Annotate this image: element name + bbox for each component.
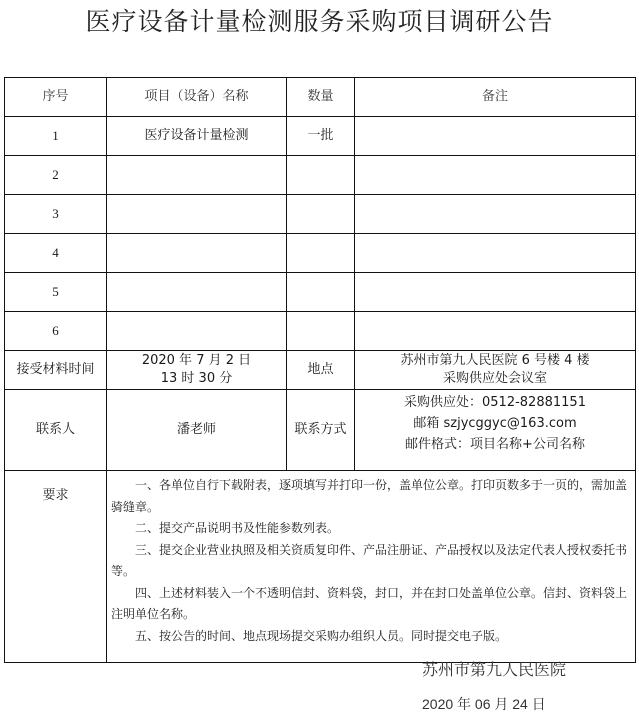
row-item-name: 医疗设备计量检测	[107, 117, 287, 156]
page-title: 医疗设备计量检测服务采购项目调研公告	[0, 2, 639, 38]
submission-time-value: 2020 年 7 月 2 日 13 时 30 分	[107, 351, 287, 390]
row-quantity: 一批	[287, 117, 355, 156]
row-item-name	[107, 234, 287, 273]
table-row: 2	[5, 156, 636, 195]
row-notes	[355, 156, 636, 195]
requirement-item: 五、按公告的时间、地点现场提交采购办组织人员。同时提交电子版。	[111, 626, 629, 648]
contact-row: 联系人 潘老师 联系方式 采购供应处：0512-82881151 邮箱 szjy…	[5, 390, 636, 471]
survey-table: 序号 项目（设备）名称 数量 备注 1 医疗设备计量检测 一批 2 3 4 5 …	[4, 77, 636, 663]
row-item-name	[107, 195, 287, 234]
requirement-item: 三、提交企业营业执照及相关资质复印件、产品注册证、产品授权以及法定代表人授权委托…	[111, 540, 629, 583]
table-row: 3	[5, 195, 636, 234]
header-quantity: 数量	[287, 78, 355, 117]
row-quantity	[287, 234, 355, 273]
header-notes: 备注	[355, 78, 636, 117]
header-item-name: 项目（设备）名称	[107, 78, 287, 117]
row-serial: 4	[5, 234, 107, 273]
row-notes	[355, 273, 636, 312]
row-serial: 3	[5, 195, 107, 234]
location-line-1: 苏州市第九人民医院 6 号楼 4 楼	[355, 352, 635, 370]
row-quantity	[287, 273, 355, 312]
contact-method-label: 联系方式	[287, 390, 355, 471]
row-serial: 5	[5, 273, 107, 312]
table-row: 5	[5, 273, 636, 312]
row-item-name	[107, 312, 287, 351]
contact-person-label: 联系人	[5, 390, 107, 471]
row-item-name	[107, 156, 287, 195]
row-quantity	[287, 156, 355, 195]
contact-method-value: 采购供应处：0512-82881151 邮箱 szjycggyc@163.com…	[355, 390, 636, 471]
signature-organization: 苏州市第九人民医院	[422, 657, 566, 680]
requirements-content: 一、各单位自行下载附表，逐项填写并打印一份，盖单位公章。打印页数多于一页的，需加…	[107, 471, 636, 663]
row-quantity	[287, 195, 355, 234]
row-item-name	[107, 273, 287, 312]
requirement-item: 一、各单位自行下载附表，逐项填写并打印一份，盖单位公章。打印页数多于一页的，需加…	[111, 475, 629, 518]
submission-date: 2020 年 7 月 2 日	[107, 352, 286, 370]
row-notes	[355, 312, 636, 351]
requirement-item: 二、提交产品说明书及性能参数列表。	[111, 518, 629, 540]
contact-phone: 采购供应处：0512-82881151	[355, 392, 635, 413]
contact-person-value: 潘老师	[107, 390, 287, 471]
table-header-row: 序号 项目（设备）名称 数量 备注	[5, 78, 636, 117]
submission-row: 接受材料时间 2020 年 7 月 2 日 13 时 30 分 地点 苏州市第九…	[5, 351, 636, 390]
table-row: 1 医疗设备计量检测 一批	[5, 117, 636, 156]
table-row: 4	[5, 234, 636, 273]
requirements-label: 要求	[5, 471, 107, 663]
row-notes	[355, 117, 636, 156]
requirements-row: 要求 一、各单位自行下载附表，逐项填写并打印一份，盖单位公章。打印页数多于一页的…	[5, 471, 636, 663]
row-serial: 2	[5, 156, 107, 195]
header-serial: 序号	[5, 78, 107, 117]
row-serial: 6	[5, 312, 107, 351]
requirement-item: 四、上述材料装入一个不透明信封、资料袋，封口，并在封口处盖单位公章。信封、资料袋…	[111, 583, 629, 626]
location-value: 苏州市第九人民医院 6 号楼 4 楼 采购供应处会议室	[355, 351, 636, 390]
location-line-2: 采购供应处会议室	[355, 370, 635, 388]
row-serial: 1	[5, 117, 107, 156]
submission-time: 13 时 30 分	[107, 370, 286, 388]
contact-email-format: 邮件格式：项目名称+公司名称	[355, 434, 635, 455]
row-notes	[355, 195, 636, 234]
location-label: 地点	[287, 351, 355, 390]
row-notes	[355, 234, 636, 273]
row-quantity	[287, 312, 355, 351]
submission-time-label: 接受材料时间	[5, 351, 107, 390]
table-row: 6	[5, 312, 636, 351]
signature-date: 2020 年 06 月 24 日	[422, 694, 546, 714]
contact-email: 邮箱 szjycggyc@163.com	[355, 413, 635, 434]
